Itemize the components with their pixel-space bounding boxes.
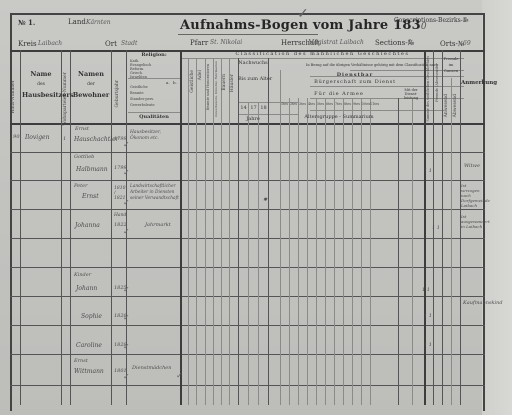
year-cols: 1tes 2tes 3tes 4tes 5tes 6tes 7tes 8tes … — [280, 102, 398, 106]
col-rule — [352, 98, 353, 405]
class-haeusler: Häusler — [230, 74, 235, 92]
age-col-17: 17 — [249, 105, 258, 111]
conscriptions-label: Conscriptions-Bezirks-№ — [394, 17, 468, 24]
kreis-label: Kreis — [18, 40, 37, 48]
col-rule — [70, 50, 71, 405]
col-hausnummer: Haus-Nummer — [11, 80, 16, 114]
buergerschaft-header: Bürgerschaft zum Dienst — [280, 79, 430, 85]
anwesend-header: Anwesend — [444, 94, 449, 117]
age-col-18: 18 — [259, 105, 268, 111]
age-col-14: 14 — [239, 105, 248, 111]
col-rule — [412, 98, 413, 405]
col-rule — [343, 98, 344, 405]
sections-value: 1 — [408, 39, 412, 46]
check-mark: ✓ — [123, 342, 130, 351]
col-qualitaeten: Qualitäten — [128, 114, 180, 120]
stand-col-b: b. — [173, 80, 177, 85]
col-rule — [229, 58, 230, 405]
col-rule — [196, 58, 197, 405]
form-number: № 1. — [18, 18, 35, 27]
col-rule — [111, 50, 112, 405]
col-rule — [248, 102, 249, 405]
stand-col-a: a. — [166, 80, 170, 85]
col-rule — [180, 50, 182, 405]
ort-label: Ort — [105, 40, 117, 48]
abwesend-header: Abwesend — [453, 94, 458, 117]
ort-value: Stadt — [121, 40, 137, 47]
pfarr-label: Pfarr — [190, 39, 208, 47]
header-top-rule — [10, 13, 484, 15]
check-mark: ✓ — [123, 285, 130, 294]
religion-rows: Kath. Evangelisch Reform. Griech. Israel… — [130, 59, 151, 79]
stand-rows: Geistliche Beamte Standes-pers. Gewerbsl… — [130, 84, 155, 108]
check-mark: ✓ — [176, 371, 183, 380]
check-mark: ✓ — [123, 168, 130, 177]
col-rule — [258, 102, 259, 405]
col-rule — [280, 70, 281, 405]
col-rule — [325, 98, 326, 405]
hdr-rule — [181, 58, 464, 59]
col-rule — [289, 98, 290, 405]
religion-title: Religion: — [128, 52, 180, 58]
col-rule — [221, 58, 222, 405]
check-mark: ✓ — [123, 313, 130, 322]
title-underline — [178, 34, 318, 35]
col-rule — [334, 98, 335, 405]
col-rule — [20, 50, 21, 405]
class-geistliche: Geistliche — [190, 70, 195, 93]
conscriptions-value: 1 — [463, 17, 467, 24]
jahre-header: Jahre — [238, 116, 268, 122]
col-name-hausbesitzer: Name des Hausbesitzers — [22, 70, 60, 99]
dienstbar-header: Dienstbar — [280, 72, 430, 78]
col-rule — [316, 98, 317, 405]
col-rule — [361, 98, 362, 405]
col-rule — [307, 98, 308, 405]
fuer-armee-header: Für die Armee — [280, 91, 398, 97]
class-beamte: Beamte und Honoratioren — [206, 64, 210, 110]
hdr-rule — [310, 86, 464, 87]
nicht-dienst-header: Mit der Dienst-leistung — [398, 88, 424, 100]
col-rule — [268, 58, 269, 405]
herrschaft-value: Magistrat Laibach — [308, 39, 364, 46]
col-rule — [188, 58, 189, 405]
check-mark: ✓ — [297, 6, 309, 22]
paper-edge — [482, 0, 512, 415]
bis-alter-header: Bis zum Alter — [238, 76, 268, 82]
col-rule — [370, 98, 371, 405]
nachwuchs-header: Nachwuchs — [238, 60, 268, 66]
census-table: Haus-Nummer Name des Hausbesitzers Wohnp… — [10, 50, 485, 410]
land-label: Land — [68, 18, 86, 26]
weibl-summe-header: Summe des weiblichen Geschlechtes — [426, 56, 430, 122]
col-wohnpartei: Wohnparteien-Nummer — [63, 72, 68, 126]
col-namen-bewohner: Namen der Bewohner — [72, 70, 110, 99]
class-bauern: Bauern — [222, 74, 227, 91]
classification-title: Classification des männlichen Geschlecht… — [181, 51, 464, 57]
check-mark: ✓ — [123, 198, 130, 207]
ortsnr-label: Orts-№ — [440, 40, 464, 48]
pfarr-value: St. Nikolai — [210, 39, 242, 46]
class-adel: Adel — [198, 70, 203, 80]
hdr-rule — [128, 112, 181, 113]
col-rule — [451, 78, 452, 405]
anmerkung-header: Anmerkung — [461, 80, 485, 86]
col-rule — [61, 50, 62, 405]
land-value: Kärnten — [86, 19, 111, 26]
fremde-group-header: Fremde im Ganzen — [442, 56, 460, 74]
kreis-value: Laibach — [38, 40, 62, 47]
check-mark: ✓ — [123, 227, 130, 236]
col-rule — [298, 98, 299, 405]
fremde-header: Fremde (Abwesende) — [435, 64, 439, 102]
ortsnr-value: 69 — [463, 40, 471, 47]
col-rule — [398, 98, 399, 405]
check-mark: ✓ — [123, 140, 130, 149]
col-rule — [442, 50, 443, 405]
altersgruppe-header: Altersgruppe - Summarium — [280, 114, 398, 120]
check-mark: ✓ — [123, 372, 130, 381]
class-gewerbsleute: Gewerbsleute, Künstler, Fabrikanten — [214, 61, 218, 117]
col-geburtsjahr: Geburtsjahr — [115, 80, 120, 107]
